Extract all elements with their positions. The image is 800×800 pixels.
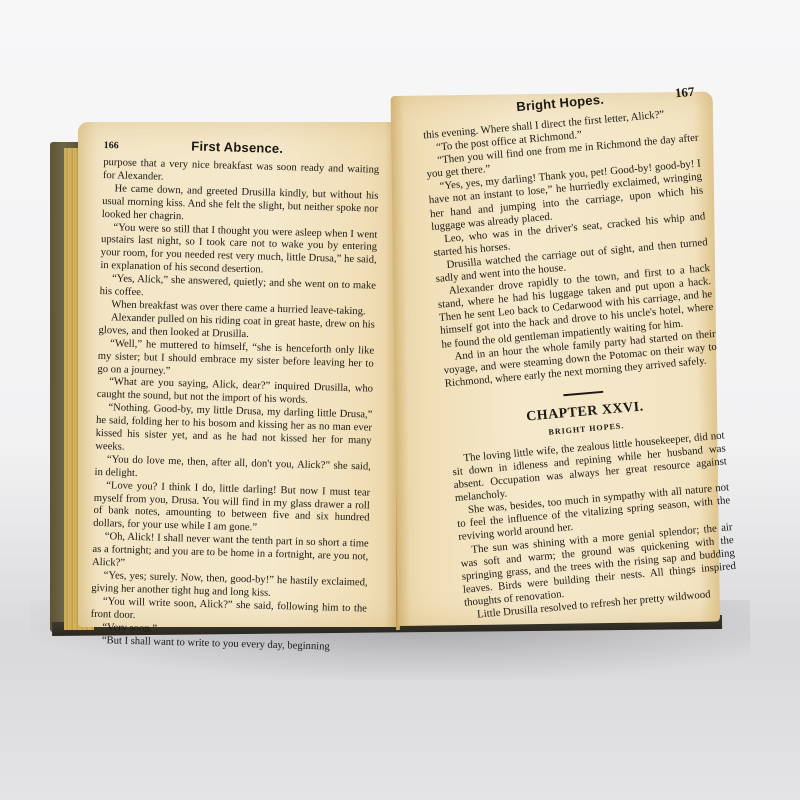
left-page-text: 166 First Absence. purpose that a very n… bbox=[90, 136, 380, 655]
left-page-number: 166 bbox=[104, 140, 119, 151]
right-running-head-title: Bright Hopes. bbox=[516, 92, 605, 115]
left-page: 166 First Absence. purpose that a very n… bbox=[78, 122, 398, 627]
left-running-head-title: First Absence. bbox=[191, 138, 283, 156]
paragraph: “You were so still that I thought you we… bbox=[100, 221, 377, 280]
paragraph: “Love you? I think I do, little darling!… bbox=[93, 480, 370, 539]
section-divider-rule bbox=[563, 391, 603, 396]
right-page: Bright Hopes. 167 this evening. Where sh… bbox=[391, 92, 720, 626]
left-running-head: 166 First Absence. bbox=[104, 136, 380, 159]
right-page-number: 167 bbox=[674, 84, 695, 102]
spacer bbox=[422, 117, 446, 119]
spacer bbox=[356, 155, 380, 156]
right-page-text: Bright Hopes. 167 this evening. Where sh… bbox=[421, 84, 739, 623]
paragraph: “Nothing. Good-by, my little Drusa, my d… bbox=[95, 402, 372, 461]
